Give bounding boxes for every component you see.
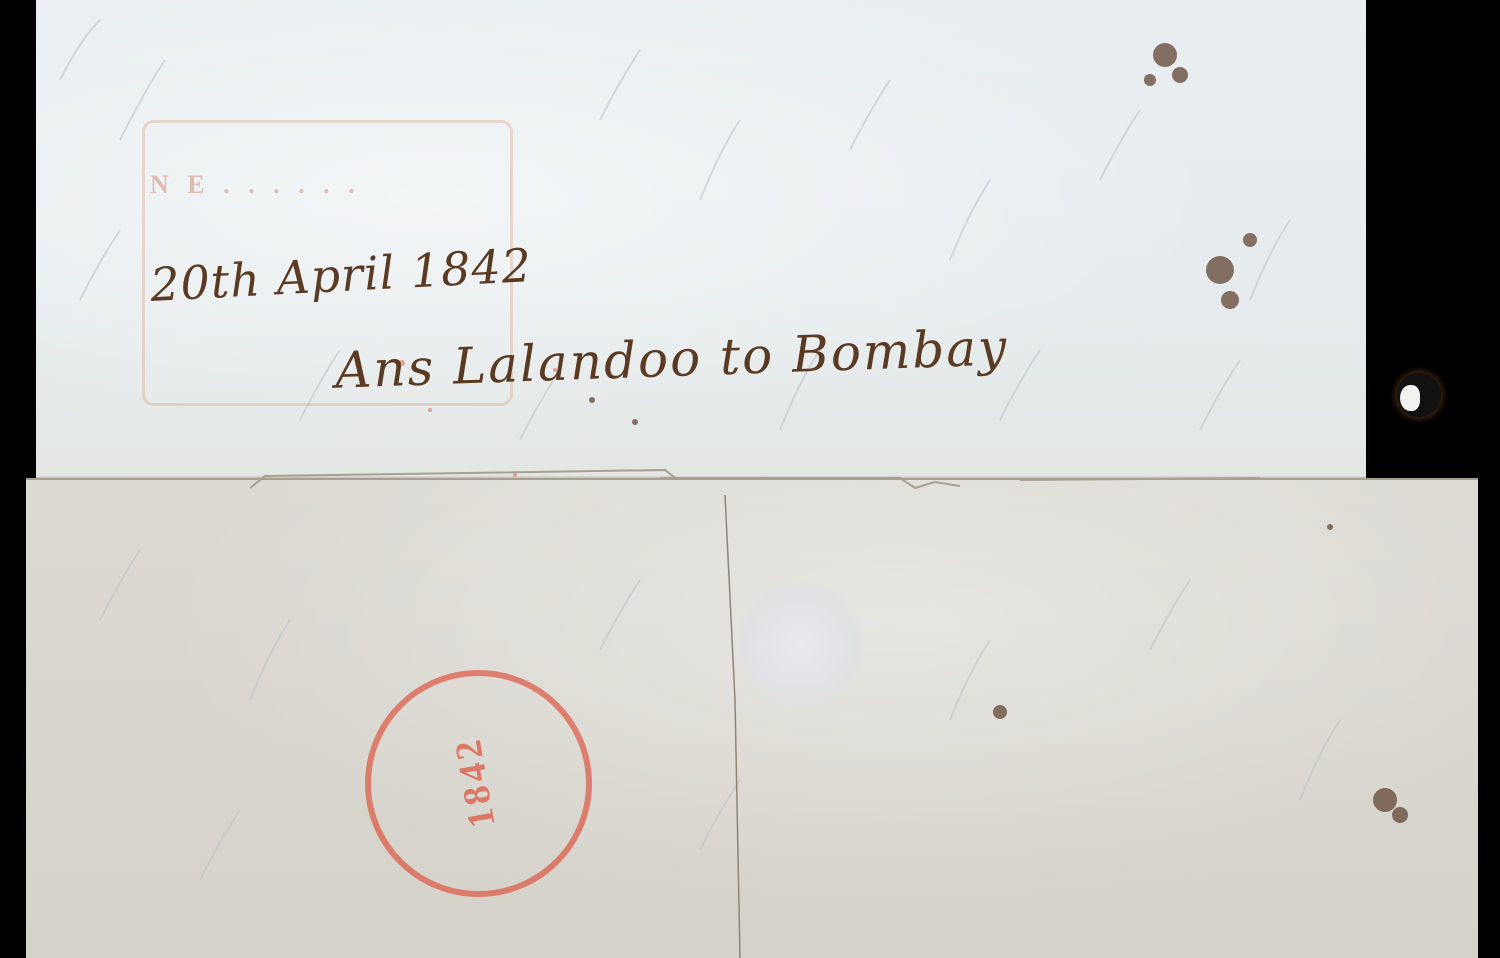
burn-hole: [1397, 373, 1441, 417]
photo-background: N E . . . . . . 20th April 1842 Ans Lala…: [0, 0, 1500, 958]
boxed-handstamp-text: N E . . . . . .: [150, 170, 361, 200]
wax-seal-impression: [735, 580, 865, 710]
